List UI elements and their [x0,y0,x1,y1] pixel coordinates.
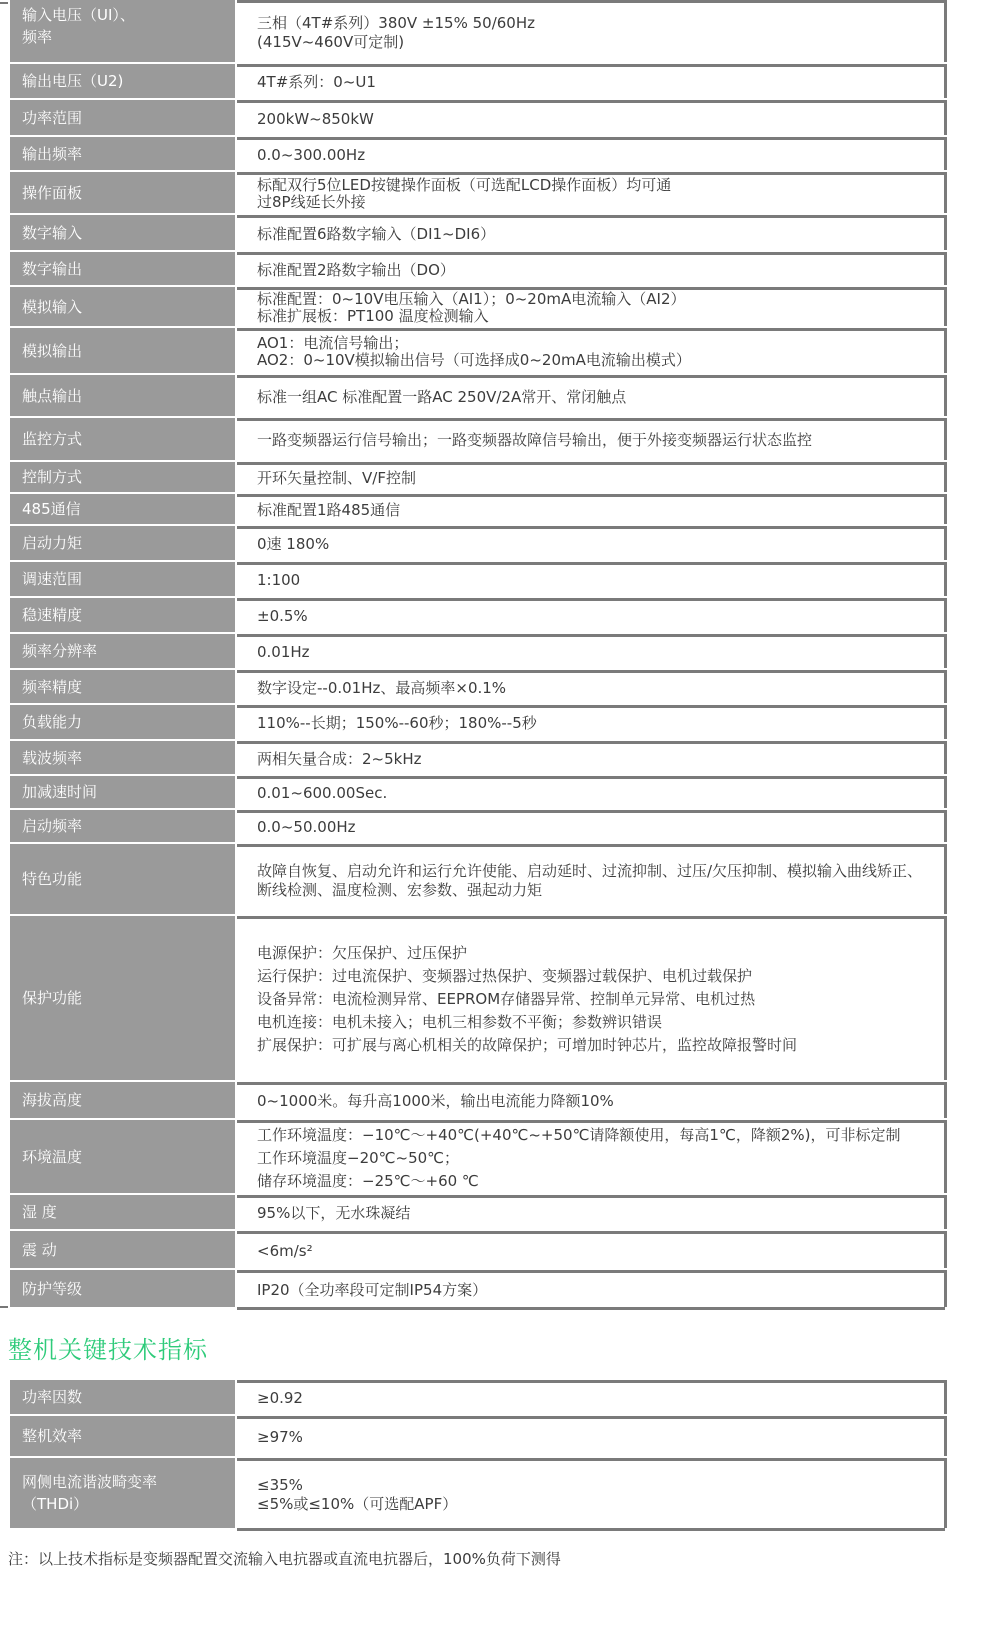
value-line: AO1：电流信号输出； [257,335,944,352]
row-label: 网侧电流谐波畸变率 （THDi） [10,1458,235,1528]
table-row: 环境温度工作环境温度：−10℃～+40℃(+40℃~+50℃请降额使用，每高1℃… [10,1120,945,1193]
value-line: 0.0~300.00Hz [257,146,944,165]
table-row: 震 动<6m/s² [10,1231,945,1268]
value-line: 0~1000米。每升高1000米，输出电流能力降额10% [257,1092,944,1111]
row-value: 工作环境温度：−10℃～+40℃(+40℃~+50℃请降额使用，每高1℃，降额2… [237,1120,947,1193]
row-value: 110%--长期；150%--60秒；180%--5秒 [237,705,947,739]
table-bottom-border [237,1307,945,1310]
value-line: 0速 180% [257,535,944,554]
value-line: AO2：0~10V模拟输出信号（可选择成0~20mA电流输出模式） [257,352,944,369]
decorative-tick [0,1306,8,1308]
table-row: 功率范围200kW~850kW [10,100,945,135]
value-line: 0.01~600.00Sec. [257,784,944,803]
value-line: 电机连接：电机未接入；电机三相参数不平衡；参数辨识错误 [257,1011,944,1034]
table-row: 加减速时间0.01~600.00Sec. [10,776,945,808]
value-line: ≤35% [257,1476,944,1495]
table-row: 模拟输入标准配置：0~10V电压输入（AI1）；0~20mA电流输入（AI2）标… [10,287,945,326]
value-line: (415V~460V可定制) [257,33,944,52]
value-line: 标准配置1路485通信 [257,501,944,520]
value-line: 一路变频器运行信号输出；一路变频器故障信号输出，便于外接变频器运行状态监控 [257,431,944,450]
footnote: 注：以上技术指标是变频器配置交流输入电抗器或直流电抗器后，100%负荷下测得 [8,1548,561,1569]
table-row: 功率因数≥0.92 [10,1380,945,1414]
table-row: 485通信标准配置1路485通信 [10,494,945,524]
value-line: 0.01Hz [257,643,944,662]
value-line: IP20（全功率段可定制IP54方案） [257,1281,944,1300]
row-label: 数字输入 [10,215,235,250]
row-value: 开环矢量控制、V/F控制 [237,462,947,492]
row-value: 标准配置6路数字输入（DI1~DI6） [237,215,947,250]
row-value: 标准配置2路数字输出（DO） [237,252,947,285]
table-row: 输出频率0.0~300.00Hz [10,137,945,170]
row-label: 监控方式 [10,418,235,460]
row-label: 功率因数 [10,1380,235,1414]
row-value: 95%以下，无水珠凝结 [237,1195,947,1229]
table-row: 整机效率≥97% [10,1416,945,1456]
value-line: 200kW~850kW [257,110,944,129]
row-label: 整机效率 [10,1416,235,1456]
table-row: 特色功能故障自恢复、启动允许和运行允许使能、启动延时、过流抑制、过压/欠压抑制、… [10,844,945,914]
value-line: 标配双行5位LED按键操作面板（可选配LCD操作面板）均可通 [257,177,944,194]
value-line: ±0.5% [257,607,944,626]
table-row: 稳速精度±0.5% [10,598,945,632]
table-row: 控制方式开环矢量控制、V/F控制 [10,462,945,492]
value-line: 断线检测、温度检测、宏参数、强起动力矩 [257,881,944,900]
value-line: 95%以下，无水珠凝结 [257,1204,944,1223]
value-line: 标准扩展板：PT100 温度检测输入 [257,308,944,325]
row-label: 输出电压（U2) [10,64,235,98]
table-row: 输入电压（UI）、 频率三相（4T#系列）380V ±15% 50/60Hz(4… [10,0,945,62]
table-row: 频率精度数字设定--0.01Hz、最高频率×0.1% [10,670,945,703]
table-row: 操作面板标配双行5位LED按键操作面板（可选配LCD操作面板）均可通过8P线延长… [10,172,945,213]
table-row: 模拟输出AO1：电流信号输出；AO2：0~10V模拟输出信号（可选择成0~20m… [10,328,945,373]
value-line: 工作环境温度−20℃~50℃； [257,1147,944,1170]
row-value: 标准一组AC 标准配置一路AC 250V/2A常开、常闭触点 [237,375,947,416]
table-row: 保护功能电源保护：欠压保护、过压保护运行保护：过电流保护、变频器过热保护、变频器… [10,916,945,1080]
section-title: 整机关键技术指标 [8,1330,208,1365]
value-line: 标准一组AC 标准配置一路AC 250V/2A常开、常闭触点 [257,388,944,407]
value-line: ≥0.92 [257,1389,944,1408]
value-line: 故障自恢复、启动允许和运行允许使能、启动延时、过流抑制、过压/欠压抑制、模拟输入… [257,862,944,881]
row-label: 湿 度 [10,1195,235,1229]
table-bottom-border [237,1528,945,1531]
row-value: 0速 180% [237,526,947,560]
row-label: 控制方式 [10,462,235,492]
row-value: 标准配置1路485通信 [237,494,947,524]
row-value: 0.01~600.00Sec. [237,776,947,808]
decorative-tick [0,2,8,4]
value-line: ≥97% [257,1428,944,1447]
row-value: 1:100 [237,562,947,596]
row-value: 标配双行5位LED按键操作面板（可选配LCD操作面板）均可通过8P线延长外接 [237,172,947,213]
value-line: 标准配置6路数字输入（DI1~DI6） [257,225,944,244]
row-value: 4T#系列：0~U1 [237,64,947,98]
row-value: 0.0~50.00Hz [237,810,947,842]
row-label: 保护功能 [10,916,235,1080]
value-line: 1:100 [257,571,944,590]
table-row: 触点输出标准一组AC 标准配置一路AC 250V/2A常开、常闭触点 [10,375,945,416]
row-label: 稳速精度 [10,598,235,632]
row-label: 输入电压（UI）、 频率 [10,0,235,62]
value-line: 运行保护：过电流保护、变频器过热保护、变频器过载保护、电机过载保护 [257,965,944,988]
row-value: 两相矢量合成：2~5kHz [237,741,947,774]
row-label: 环境温度 [10,1120,235,1193]
row-value: 0.01Hz [237,634,947,668]
table-row: 海拔高度0~1000米。每升高1000米，输出电流能力降额10% [10,1082,945,1118]
table-row: 网侧电流谐波畸变率 （THDi）≤35%≤5%或≤10%（可选配APF） [10,1458,945,1528]
row-value: ≥0.92 [237,1380,947,1414]
row-label: 操作面板 [10,172,235,213]
table-row: 输出电压（U2)4T#系列：0~U1 [10,64,945,98]
row-label: 海拔高度 [10,1082,235,1118]
value-line: 两相矢量合成：2~5kHz [257,750,944,769]
row-value: 标准配置：0~10V电压输入（AI1）；0~20mA电流输入（AI2）标准扩展板… [237,287,947,326]
row-value: 0.0~300.00Hz [237,137,947,170]
value-line: 数字设定--0.01Hz、最高频率×0.1% [257,679,944,698]
row-label: 频率精度 [10,670,235,703]
table-row: 启动力矩0速 180% [10,526,945,560]
row-label: 输出频率 [10,137,235,170]
row-label: 数字输出 [10,252,235,285]
value-line: 三相（4T#系列）380V ±15% 50/60Hz [257,14,944,33]
row-label: 功率范围 [10,100,235,135]
row-value: 故障自恢复、启动允许和运行允许使能、启动延时、过流抑制、过压/欠压抑制、模拟输入… [237,844,947,914]
value-line: 0.0~50.00Hz [257,818,944,837]
row-value: ±0.5% [237,598,947,632]
value-line: 标准配置：0~10V电压输入（AI1）；0~20mA电流输入（AI2） [257,291,944,308]
value-line: ≤5%或≤10%（可选配APF） [257,1495,944,1514]
row-label: 启动频率 [10,810,235,842]
table-row: 负载能力110%--长期；150%--60秒；180%--5秒 [10,705,945,739]
table-row: 启动频率0.0~50.00Hz [10,810,945,842]
value-line: 电源保护：欠压保护、过压保护 [257,942,944,965]
row-label: 频率分辨率 [10,634,235,668]
row-label: 调速范围 [10,562,235,596]
row-label: 触点输出 [10,375,235,416]
row-value: 电源保护：欠压保护、过压保护运行保护：过电流保护、变频器过热保护、变频器过载保护… [237,916,947,1080]
value-line: <6m/s² [257,1242,944,1261]
value-line: 扩展保护：可扩展与离心机相关的故障保护；可增加时钟芯片，监控故障报警时间 [257,1034,944,1057]
table-row: 载波频率两相矢量合成：2~5kHz [10,741,945,774]
table-row: 频率分辨率0.01Hz [10,634,945,668]
row-value: 数字设定--0.01Hz、最高频率×0.1% [237,670,947,703]
row-label: 震 动 [10,1231,235,1268]
value-line: 标准配置2路数字输出（DO） [257,261,944,280]
value-line: 4T#系列：0~U1 [257,73,944,92]
table-row: 调速范围1:100 [10,562,945,596]
row-label: 负载能力 [10,705,235,739]
value-line: 过8P线延长外接 [257,194,944,211]
value-line: 工作环境温度：−10℃～+40℃(+40℃~+50℃请降额使用，每高1℃，降额2… [257,1124,944,1147]
value-line: 开环矢量控制、V/F控制 [257,469,944,488]
row-label: 载波频率 [10,741,235,774]
table-row: 监控方式一路变频器运行信号输出；一路变频器故障信号输出，便于外接变频器运行状态监… [10,418,945,460]
value-line: 设备异常：电流检测异常、EEPROM存储器异常、控制单元异常、电机过热 [257,988,944,1011]
value-line: 储存环境温度：−25℃～+60 ℃ [257,1170,944,1193]
row-label: 启动力矩 [10,526,235,560]
row-label: 485通信 [10,494,235,524]
row-value: 三相（4T#系列）380V ±15% 50/60Hz(415V~460V可定制) [237,0,947,62]
row-label: 防护等级 [10,1270,235,1307]
row-label: 加减速时间 [10,776,235,808]
row-value: 一路变频器运行信号输出；一路变频器故障信号输出，便于外接变频器运行状态监控 [237,418,947,460]
table-row: 防护等级IP20（全功率段可定制IP54方案） [10,1270,945,1307]
row-label: 模拟输入 [10,287,235,326]
row-value: 0~1000米。每升高1000米，输出电流能力降额10% [237,1082,947,1118]
table-row: 数字输出标准配置2路数字输出（DO） [10,252,945,285]
row-label: 模拟输出 [10,328,235,373]
row-value: IP20（全功率段可定制IP54方案） [237,1270,947,1307]
row-value: <6m/s² [237,1231,947,1268]
row-value: AO1：电流信号输出；AO2：0~10V模拟输出信号（可选择成0~20mA电流输… [237,328,947,373]
table-row: 湿 度95%以下，无水珠凝结 [10,1195,945,1229]
row-value: 200kW~850kW [237,100,947,135]
value-line: 110%--长期；150%--60秒；180%--5秒 [257,714,944,733]
table-row: 数字输入标准配置6路数字输入（DI1~DI6） [10,215,945,250]
row-label: 特色功能 [10,844,235,914]
row-value: ≥97% [237,1416,947,1456]
row-value: ≤35%≤5%或≤10%（可选配APF） [237,1458,947,1528]
